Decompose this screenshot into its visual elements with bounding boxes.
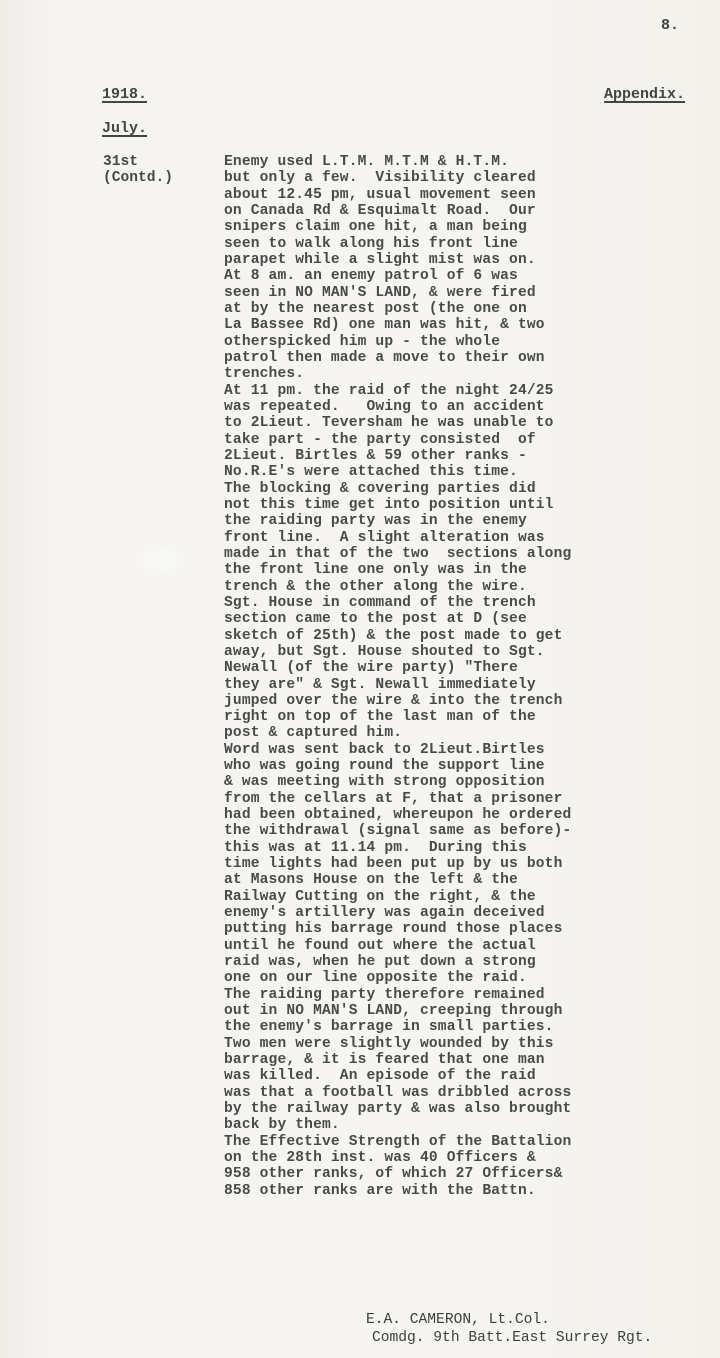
body-line: La Bassee Rd) one man was hit, & two <box>224 317 571 333</box>
body-line: had been obtained, whereupon he ordered <box>224 807 571 823</box>
body-line: At 11 pm. the raid of the night 24/25 <box>224 383 571 399</box>
body-line: Sgt. House in command of the trench <box>224 595 571 611</box>
body-line: patrol then made a move to their own <box>224 350 571 366</box>
body-line: trenches. <box>224 366 571 382</box>
signature-name: E.A. CAMERON, Lt.Col. <box>366 1311 652 1329</box>
body-line: parapet while a slight mist was on. <box>224 252 571 268</box>
body-line: The raiding party therefore remained <box>224 987 571 1003</box>
body-line: 858 other ranks are with the Battn. <box>224 1183 571 1199</box>
entry-date-day: 31st <box>103 154 173 170</box>
body-line: front line. A slight alteration was <box>224 530 571 546</box>
body-line: seen to walk along his front line <box>224 236 571 252</box>
year-heading: 1918. <box>102 86 147 103</box>
entry-body: Enemy used L.T.M. M.T.M & H.T.M.but only… <box>224 154 571 1199</box>
entry-date-note: (Contd.) <box>103 170 173 186</box>
body-line: take part - the party consisted of <box>224 432 571 448</box>
body-line: made in that of the two sections along <box>224 546 571 562</box>
body-line: who was going round the support line <box>224 758 571 774</box>
body-line: enemy's artillery was again deceived <box>224 905 571 921</box>
body-line: right on top of the last man of the <box>224 709 571 725</box>
body-line: Railway Cutting on the right, & the <box>224 889 571 905</box>
month-heading: July. <box>102 120 147 137</box>
body-line: time lights had been put up by us both <box>224 856 571 872</box>
body-line: trench & the other along the wire. <box>224 579 571 595</box>
body-line: snipers claim one hit, a man being <box>224 219 571 235</box>
body-line: was killed. An episode of the raid <box>224 1068 571 1084</box>
body-line: The Effective Strength of the Battalion <box>224 1134 571 1150</box>
body-line: otherspicked him up - the whole <box>224 334 571 350</box>
body-line: putting his barrage round those places <box>224 921 571 937</box>
paper-smudge <box>130 540 190 580</box>
body-line: this was at 11.14 pm. During this <box>224 840 571 856</box>
signature-block: E.A. CAMERON, Lt.Col. Comdg. 9th Batt.Ea… <box>366 1311 652 1347</box>
entry-date: 31st (Contd.) <box>103 154 173 187</box>
body-line: The blocking & covering parties did <box>224 481 571 497</box>
body-line: section came to the post at D (see <box>224 611 571 627</box>
body-line: Word was sent back to 2Lieut.Birtles <box>224 742 571 758</box>
appendix-label: Appendix. <box>604 86 685 103</box>
body-line: not this time get into position until <box>224 497 571 513</box>
body-line: sketch of 25th) & the post made to get <box>224 628 571 644</box>
body-line: No.R.E's were attached this time. <box>224 464 571 480</box>
body-line: At 8 am. an enemy patrol of 6 was <box>224 268 571 284</box>
body-line: from the cellars at F, that a prisoner <box>224 791 571 807</box>
body-line: 2Lieut. Birtles & 59 other ranks - <box>224 448 571 464</box>
body-line: seen in NO MAN'S LAND, & were fired <box>224 285 571 301</box>
body-line: & was meeting with strong opposition <box>224 774 571 790</box>
signature-title: Comdg. 9th Batt.East Surrey Rgt. <box>372 1329 652 1347</box>
body-line: barrage, & it is feared that one man <box>224 1052 571 1068</box>
body-line: the front line one only was in the <box>224 562 571 578</box>
body-line: about 12.45 pm, usual movement seen <box>224 187 571 203</box>
body-line: Two men were slightly wounded by this <box>224 1036 571 1052</box>
body-line: 958 other ranks, of which 27 Officers& <box>224 1166 571 1182</box>
body-line: on the 28th inst. was 40 Officers & <box>224 1150 571 1166</box>
body-line: by the railway party & was also brought <box>224 1101 571 1117</box>
body-line: raid was, when he put down a strong <box>224 954 571 970</box>
body-line: one on our line opposite the raid. <box>224 970 571 986</box>
body-line: the withdrawal (signal same as before)- <box>224 823 571 839</box>
body-line: the enemy's barrage in small parties. <box>224 1019 571 1035</box>
body-line: to 2Lieut. Teversham he was unable to <box>224 415 571 431</box>
body-line: on Canada Rd & Esquimalt Road. Our <box>224 203 571 219</box>
body-line: until he found out where the actual <box>224 938 571 954</box>
body-line: was that a football was dribbled across <box>224 1085 571 1101</box>
body-line: but only a few. Visibility cleared <box>224 170 571 186</box>
body-line: they are" & Sgt. Newall immediately <box>224 677 571 693</box>
body-line: back by them. <box>224 1117 571 1133</box>
body-line: the raiding party was in the enemy <box>224 513 571 529</box>
body-line: away, but Sgt. House shouted to Sgt. <box>224 644 571 660</box>
body-line: post & captured him. <box>224 725 571 741</box>
page-number: 8. <box>661 17 679 34</box>
body-line: out in NO MAN'S LAND, creeping through <box>224 1003 571 1019</box>
body-line: jumped over the wire & into the trench <box>224 693 571 709</box>
body-line: at Masons House on the left & the <box>224 872 571 888</box>
body-line: was repeated. Owing to an accident <box>224 399 571 415</box>
document-page: 8. 1918. Appendix. July. 31st (Contd.) E… <box>0 0 720 1358</box>
body-line: Newall (of the wire party) "There <box>224 660 571 676</box>
body-line: at by the nearest post (the one on <box>224 301 571 317</box>
body-line: Enemy used L.T.M. M.T.M & H.T.M. <box>224 154 571 170</box>
